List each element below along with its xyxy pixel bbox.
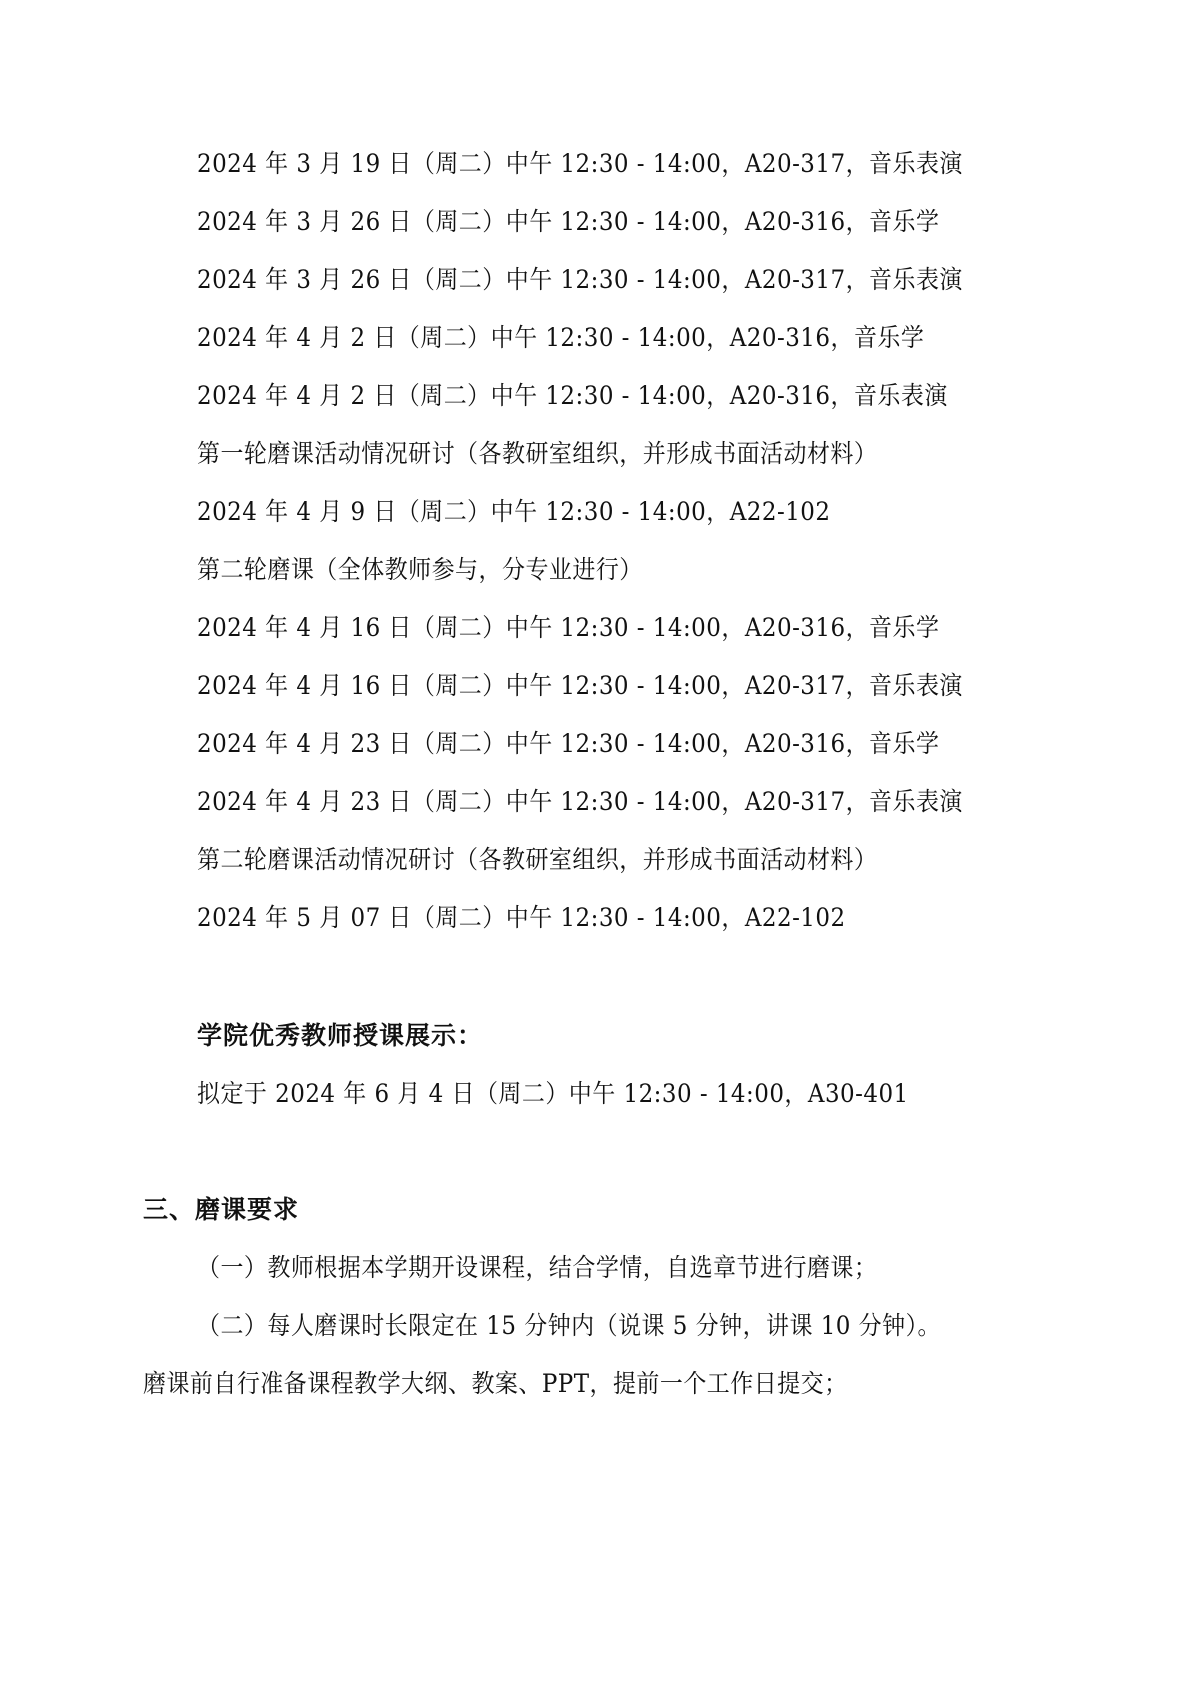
schedule-section-label: 第二轮磨课活动情况研讨（各教研室组织，并形成书面活动材料） (197, 845, 877, 875)
requirements-heading: 三、磨课要求 (143, 1195, 299, 1225)
schedule-row: 2024 年 3 月 26 日（周二）中午 12:30 - 14:00，A20-… (197, 265, 963, 295)
showcase-detail: 拟定于 2024 年 6 月 4 日（周二）中午 12:30 - 14:00，A… (197, 1079, 909, 1109)
requirement-item-2-continued: 磨课前自行准备课程教学大纲、教案、PPT，提前一个工作日提交； (143, 1369, 848, 1399)
schedule-row: 2024 年 4 月 23 日（周二）中午 12:30 - 14:00，A20-… (197, 729, 939, 759)
schedule-row: 2024 年 4 月 16 日（周二）中午 12:30 - 14:00，A20-… (197, 613, 939, 643)
schedule-row: 2024 年 3 月 19 日（周二）中午 12:30 - 14:00，A20-… (197, 149, 963, 179)
schedule-row: 2024 年 5 月 07 日（周二）中午 12:30 - 14:00，A22-… (197, 903, 846, 933)
schedule-row: 2024 年 4 月 16 日（周二）中午 12:30 - 14:00，A20-… (197, 671, 963, 701)
schedule-section-label: 第一轮磨课活动情况研讨（各教研室组织，并形成书面活动材料） (197, 439, 877, 469)
requirement-item-1: （一）教师根据本学期开设课程，结合学情，自选章节进行磨课； (197, 1253, 877, 1283)
document-page: 2024 年 3 月 19 日（周二）中午 12:30 - 14:00，A20-… (0, 0, 1191, 1684)
schedule-row: 2024 年 4 月 2 日（周二）中午 12:30 - 14:00，A20-3… (197, 323, 924, 353)
schedule-row: 2024 年 4 月 9 日（周二）中午 12:30 - 14:00，A22-1… (197, 497, 831, 527)
schedule-row: 2024 年 4 月 23 日（周二）中午 12:30 - 14:00，A20-… (197, 787, 963, 817)
requirement-item-2: （二）每人磨课时长限定在 15 分钟内（说课 5 分钟，讲课 10 分钟）。 (197, 1311, 941, 1341)
showcase-title: 学院优秀教师授课展示： (197, 1021, 483, 1051)
schedule-row: 2024 年 4 月 2 日（周二）中午 12:30 - 14:00，A20-3… (197, 381, 948, 411)
schedule-row: 2024 年 3 月 26 日（周二）中午 12:30 - 14:00，A20-… (197, 207, 939, 237)
schedule-section-label: 第二轮磨课（全体教师参与，分专业进行） (197, 555, 643, 585)
